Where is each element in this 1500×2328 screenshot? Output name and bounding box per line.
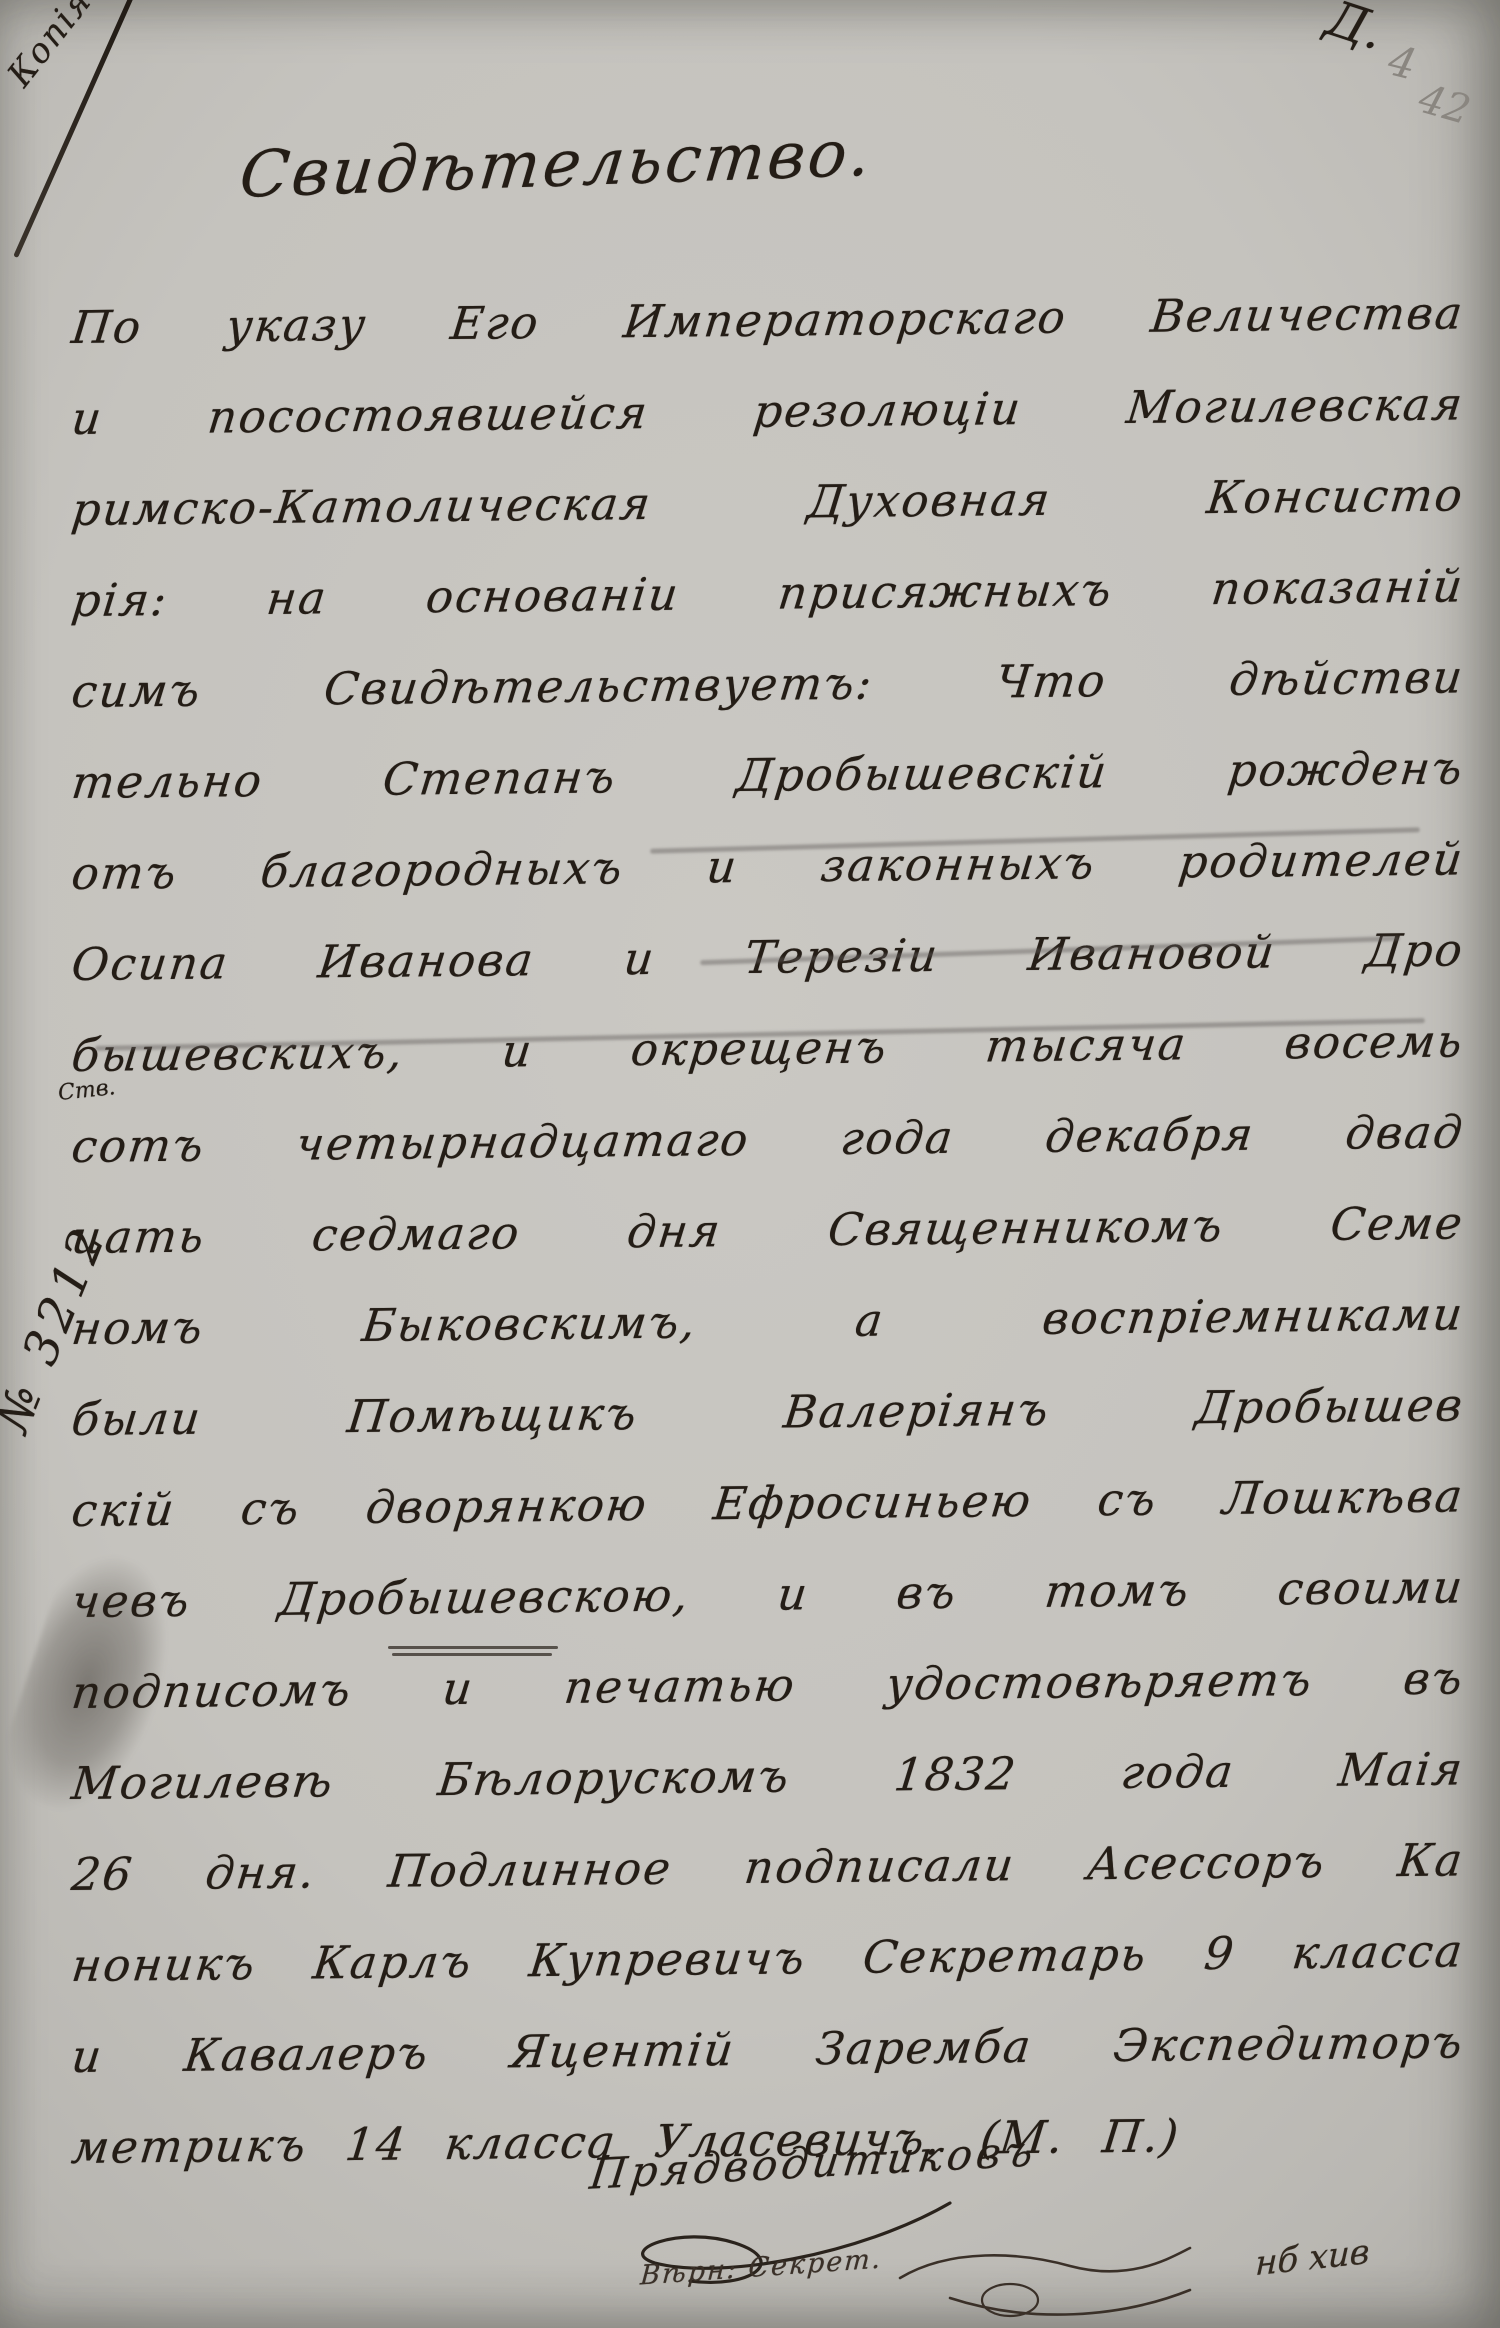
document-line: отъ благородныхъ и законныхъ родителей [67,813,1469,919]
verification-note: Вѣрн: Секрет. [639,2243,883,2291]
document-line: цать седмаго дня Священникомъ Семе [67,1177,1469,1283]
bottom-right-note: нб хив [1255,2232,1371,2284]
document-line: бышевскихъ, и окрещенъ тысяча восемь [67,995,1469,1101]
ink-double-underline [392,1653,552,1656]
ink-double-underline [388,1646,558,1649]
document-line: номъ Быковскимъ, а воспріемниками [67,1268,1469,1374]
document-body: По указу Его Императорскаго Величества и… [72,282,1464,2193]
document-line: 26 дня. Подлинное подписали Асессоръ Ка [67,1814,1469,1920]
pencil-page-number: 42 [1414,76,1476,134]
document-line: сотъ четырнадцатаго года декабря двад [67,1086,1469,1192]
document-line: чевъ Дробышевскою, и въ томъ своими [67,1541,1469,1647]
document-line: подписомъ и печатью удостовѣряетъ въ [67,1632,1469,1738]
clerk-signature-flourish [890,2238,1220,2328]
document-line: По указу Его Императорскаго Величества [67,267,1469,373]
top-right-letter-mark: Д. [1320,0,1392,61]
document-line: скій съ дворянкою Ефросиньею съ Лошкѣва [67,1450,1469,1556]
scanned-certificate-page: Копія Д. 4 42 Ств. № 3212 Свидѣтельство.… [0,0,1500,2328]
document-line: симъ Свидѣтельствуетъ: Что дѣйстви [67,631,1469,737]
copy-annotation: Копія [0,0,100,94]
document-line: и Кавалеръ Яцентій Заремба Экспедиторъ [67,1996,1469,2102]
document-line: римско-Католическая Духовная Консисто [67,449,1469,555]
document-title: Свидѣтельство. [236,117,863,213]
pencil-folio-mark: 4 [1384,35,1422,89]
document-line: тельно Степанъ Дробышевскій рожденъ [67,722,1469,828]
document-line: были Помѣщикъ Валеріянъ Дробышев [67,1359,1469,1465]
document-line: рія: на основаніи присяжныхъ показаній [67,540,1469,646]
document-line: и посостоявшейся резолюціи Могилевская [67,358,1469,464]
document-line: Могилевѣ Бѣлорускомъ 1832 года Маія [67,1723,1469,1829]
document-line: ноникъ Карлъ Купревичъ Секретарь 9 класс… [67,1905,1469,2011]
